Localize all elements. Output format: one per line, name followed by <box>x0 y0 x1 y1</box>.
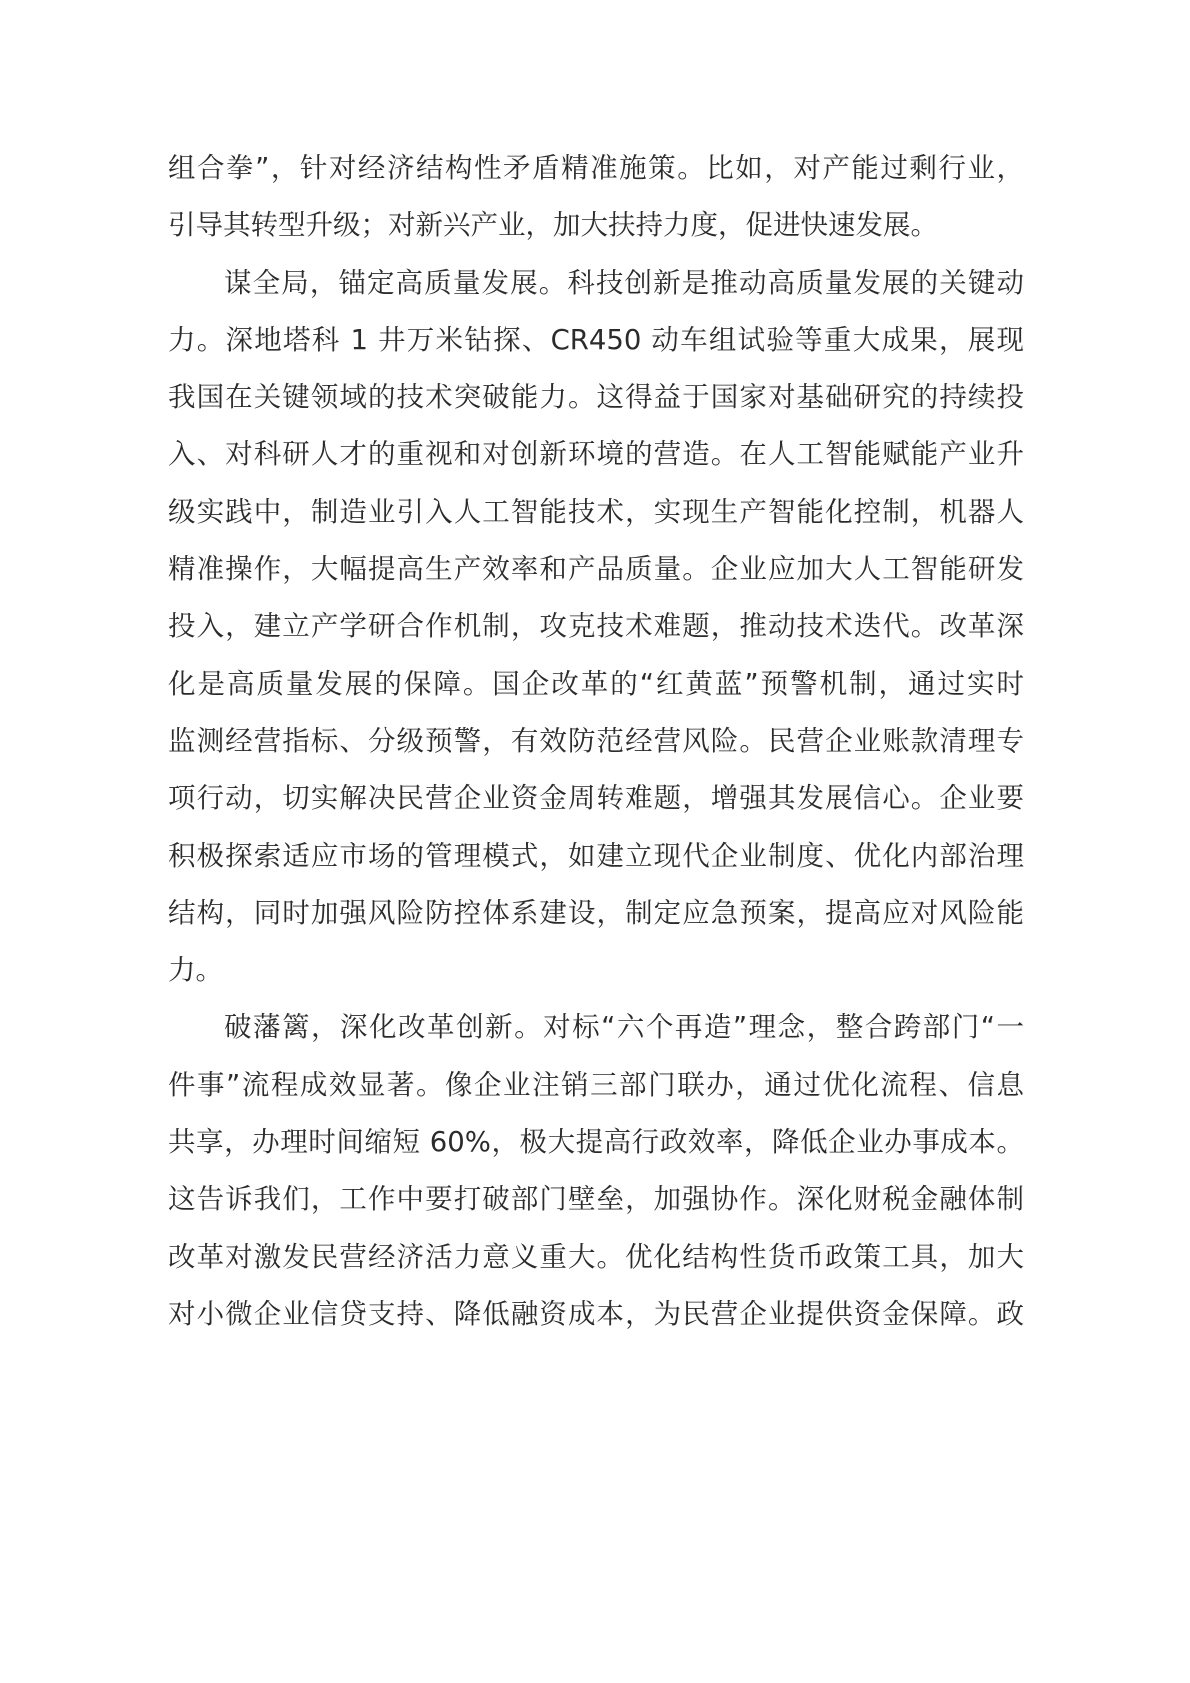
document-body: 组合拳”，针对经济结构性矛盾精准施策。比如，对产能过剩行业， 引导其转型升级；对… <box>168 140 1024 1343</box>
text-line: 投入，建立产学研合作机制，攻克技术难题，推动技术迭代。改革深 <box>168 598 1024 655</box>
text-line: 监测经营指标、分级预警，有效防范经营风险。民营企业账款清理专 <box>168 713 1024 770</box>
text-line: 共享，办理时间缩短 60%，极大提高行政效率，降低企业办事成本。 <box>168 1114 1024 1171</box>
text-line: 积极探索适应市场的管理模式，如建立现代企业制度、优化内部治理 <box>168 828 1024 885</box>
paragraph-quality-development: 谋全局，锚定高质量发展。科技创新是推动高质量发展的关键动 力。深地塔科 1 井万… <box>168 255 1024 1000</box>
text-line: 力。深地塔科 1 井万米钻探、CR450 动车组试验等重大成果，展现 <box>168 312 1024 369</box>
text-line: 件事”流程成效显著。像企业注销三部门联办，通过优化流程、信息 <box>168 1057 1024 1114</box>
text-line: 我国在关键领域的技术突破能力。这得益于国家对基础研究的持续投 <box>168 369 1024 426</box>
text-line: 谋全局，锚定高质量发展。科技创新是推动高质量发展的关键动 <box>168 255 1024 312</box>
paragraph-continued: 组合拳”，针对经济结构性矛盾精准施策。比如，对产能过剩行业， 引导其转型升级；对… <box>168 140 1024 255</box>
text-line: 对小微企业信贷支持、降低融资成本，为民营企业提供资金保障。政 <box>168 1286 1024 1343</box>
text-line: 结构，同时加强风险防控体系建设，制定应急预案，提高应对风险能 <box>168 885 1024 942</box>
text-line: 级实践中，制造业引入人工智能技术，实现生产智能化控制，机器人 <box>168 484 1024 541</box>
text-line: 入、对科研人才的重视和对创新环境的营造。在人工智能赋能产业升 <box>168 426 1024 483</box>
text-line: 组合拳”，针对经济结构性矛盾精准施策。比如，对产能过剩行业， <box>168 140 1024 197</box>
text-line: 化是高质量发展的保障。国企改革的“红黄蓝”预警机制，通过实时 <box>168 656 1024 713</box>
text-line: 精准操作，大幅提高生产效率和产品质量。企业应加大人工智能研发 <box>168 541 1024 598</box>
text-line: 破藩篱，深化改革创新。对标“六个再造”理念，整合跨部门“一 <box>168 999 1024 1056</box>
text-line: 力。 <box>168 942 1024 999</box>
text-line: 引导其转型升级；对新兴产业，加大扶持力度，促进快速发展。 <box>168 197 1024 254</box>
document-page: 组合拳”，针对经济结构性矛盾精准施策。比如，对产能过剩行业， 引导其转型升级；对… <box>0 0 1190 1683</box>
text-line: 这告诉我们，工作中要打破部门壁垒，加强协作。深化财税金融体制 <box>168 1171 1024 1228</box>
text-line: 项行动，切实解决民营企业资金周转难题，增强其发展信心。企业要 <box>168 770 1024 827</box>
paragraph-reform-innovation: 破藩篱，深化改革创新。对标“六个再造”理念，整合跨部门“一 件事”流程成效显著。… <box>168 999 1024 1343</box>
text-line: 改革对激发民营经济活力意义重大。优化结构性货币政策工具，加大 <box>168 1229 1024 1286</box>
